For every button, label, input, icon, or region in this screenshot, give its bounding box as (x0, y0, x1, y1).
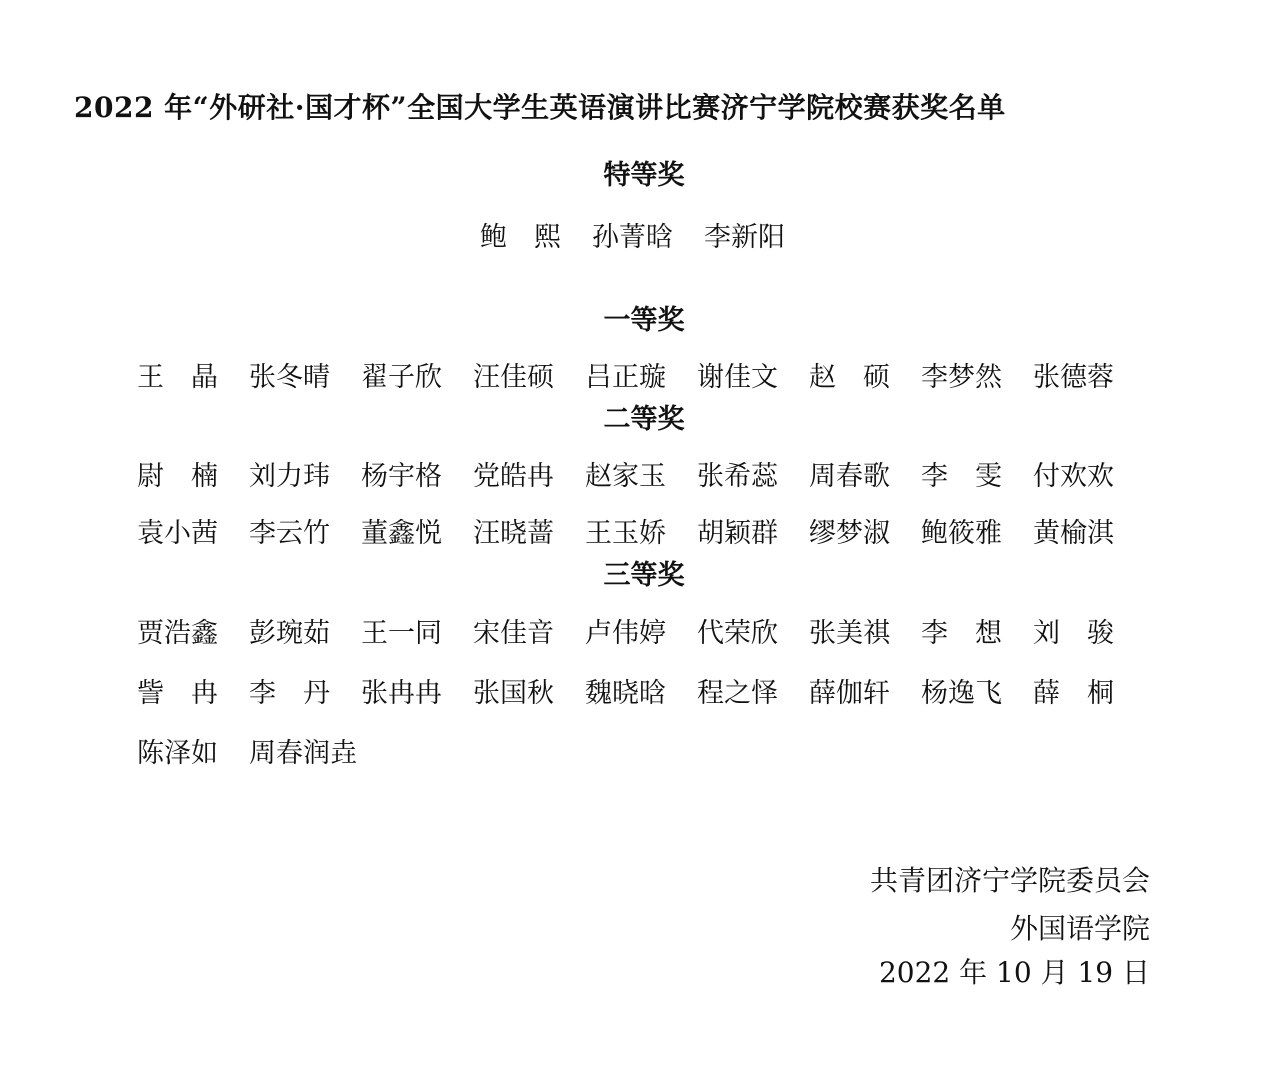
section-heading-second-prize: 二等奖 (0, 402, 1270, 438)
winner-name: 张国秋 (473, 674, 585, 714)
winner-name: 翟子欣 (361, 358, 473, 398)
winner-name: 杨逸飞 (921, 674, 1033, 714)
winner-name: 訾 冉 (137, 674, 249, 714)
winner-name: 李新阳 (704, 218, 816, 258)
winner-name: 缪梦淑 (809, 514, 921, 554)
winner-name: 李 想 (921, 614, 1033, 654)
winner-name: 胡颖群 (697, 514, 809, 554)
winner-name: 汪晓蔷 (473, 514, 585, 554)
winner-name: 王一同 (361, 614, 473, 654)
winner-name: 代荣欣 (697, 614, 809, 654)
issuer-league-committee: 共青团济宁学院委员会 (870, 861, 1150, 901)
name-row: 陈泽如 周春润垚 (137, 734, 389, 774)
winner-name: 薛 桐 (1033, 674, 1145, 714)
winner-name: 张冉冉 (361, 674, 473, 714)
winner-name: 付欢欢 (1033, 457, 1145, 497)
name-row: 贾浩鑫 彭琬茹 王一同 宋佳音 卢伟婷 代荣欣 张美祺 李 想 刘 骏 (137, 614, 1145, 654)
winner-name: 王 晶 (137, 358, 249, 398)
winner-name: 李梦然 (921, 358, 1033, 398)
winner-name: 彭琬茹 (249, 614, 361, 654)
winner-name: 周春润垚 (249, 734, 389, 774)
name-row: 訾 冉 李 丹 张冉冉 张国秋 魏晓晗 程之怿 薛伽轩 杨逸飞 薛 桐 (137, 674, 1145, 714)
winner-name: 王玉娇 (585, 514, 697, 554)
winner-name: 张美祺 (809, 614, 921, 654)
winner-name: 袁小茜 (137, 514, 249, 554)
winner-name: 汪佳硕 (473, 358, 585, 398)
winner-name: 刘力玮 (249, 457, 361, 497)
winner-name: 陈泽如 (137, 734, 249, 774)
name-row: 王 晶 张冬晴 翟子欣 汪佳硕 吕正璇 谢佳文 赵 硕 李梦然 张德蓉 (137, 358, 1145, 398)
name-row: 尉 楠 刘力玮 杨宇格 党皓冉 赵家玉 张希蕊 周春歌 李 雯 付欢欢 (137, 457, 1145, 497)
winner-name: 张冬晴 (249, 358, 361, 398)
winner-name: 卢伟婷 (585, 614, 697, 654)
winner-name: 程之怿 (697, 674, 809, 714)
winner-name: 吕正璇 (585, 358, 697, 398)
winner-name: 魏晓晗 (585, 674, 697, 714)
winner-name: 谢佳文 (697, 358, 809, 398)
name-row: 鲍 熙 孙菁晗 李新阳 (0, 218, 1270, 258)
winner-name: 董鑫悦 (361, 514, 473, 554)
winner-name: 贾浩鑫 (137, 614, 249, 654)
winner-name: 薛伽轩 (809, 674, 921, 714)
winner-name: 杨宇格 (361, 457, 473, 497)
winner-name: 孙菁晗 (592, 218, 704, 258)
winner-name: 周春歌 (809, 457, 921, 497)
winner-name: 党皓冉 (473, 457, 585, 497)
winner-name: 尉 楠 (137, 457, 249, 497)
section-heading-special-prize: 特等奖 (0, 158, 1270, 194)
winner-name: 张德蓉 (1033, 358, 1145, 398)
winner-name: 鲍 熙 (480, 218, 592, 258)
winner-name: 赵 硕 (809, 358, 921, 398)
winner-name: 赵家玉 (585, 457, 697, 497)
winner-name: 张希蕊 (697, 457, 809, 497)
section-heading-first-prize: 一等奖 (0, 303, 1270, 339)
winner-name: 刘 骏 (1033, 614, 1145, 654)
section-heading-third-prize: 三等奖 (0, 558, 1270, 594)
winner-name: 李云竹 (249, 514, 361, 554)
winner-name: 李 雯 (921, 457, 1033, 497)
issuer-school-of-foreign-languages: 外国语学院 (1010, 909, 1150, 949)
winner-name: 宋佳音 (473, 614, 585, 654)
winner-name: 黄榆淇 (1033, 514, 1145, 554)
document-title: 2022 年“外研社·国才杯”全国大学生英语演讲比赛济宁学院校赛获奖名单 (74, 88, 1174, 128)
name-row: 袁小茜 李云竹 董鑫悦 汪晓蔷 王玉娇 胡颖群 缪梦淑 鲍筱雅 黄榆淇 (137, 514, 1145, 554)
issue-date: 2022 年 10 月 19 日 (879, 953, 1150, 993)
winner-name: 鲍筱雅 (921, 514, 1033, 554)
winner-name: 李 丹 (249, 674, 361, 714)
